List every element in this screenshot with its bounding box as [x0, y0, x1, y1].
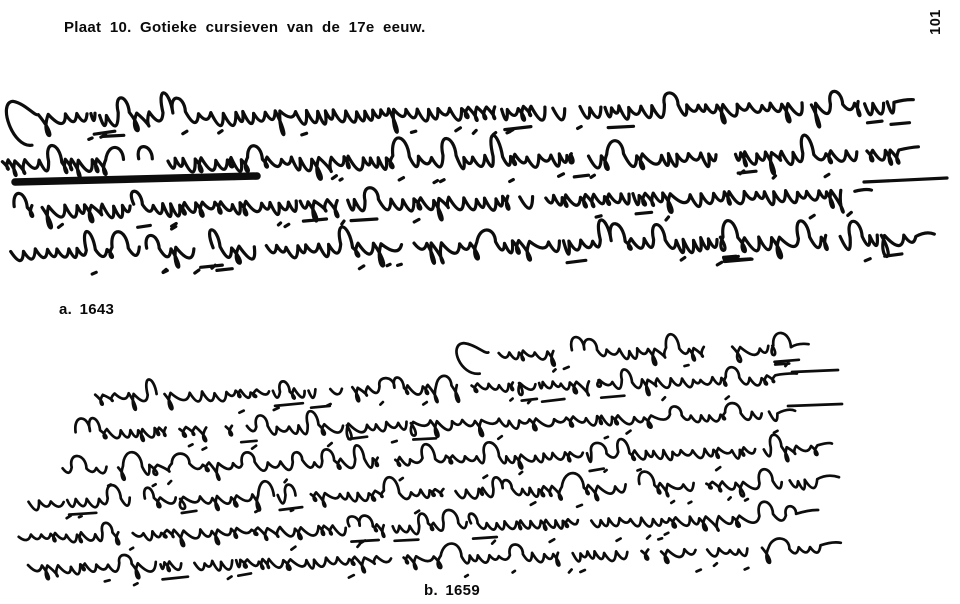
handwriting-stroke — [11, 220, 935, 274]
handwriting-stroke — [75, 403, 795, 449]
handwriting-stroke — [63, 435, 832, 486]
handwriting-stroke — [29, 469, 840, 518]
sample-a-label: a. 1643 — [59, 301, 114, 318]
handwriting-stroke — [792, 370, 838, 372]
handwriting-stroke — [15, 176, 257, 182]
handwriting-sample-b — [19, 333, 842, 585]
handwriting-sample-a — [2, 91, 947, 274]
handwriting-stroke — [19, 502, 818, 550]
handwriting-stroke — [788, 404, 842, 406]
handwriting-stroke — [457, 333, 809, 374]
manuscript-svg — [0, 0, 960, 604]
handwriting-stroke — [28, 539, 841, 586]
handwriting-stroke — [14, 188, 872, 229]
sample-b-label: b. 1659 — [424, 582, 480, 599]
book-page: Plaat 10. Gotieke cursieven van de 17e e… — [0, 0, 960, 604]
handwriting-stroke — [95, 367, 797, 413]
handwriting-stroke — [864, 178, 947, 182]
handwriting-stroke — [6, 91, 913, 145]
